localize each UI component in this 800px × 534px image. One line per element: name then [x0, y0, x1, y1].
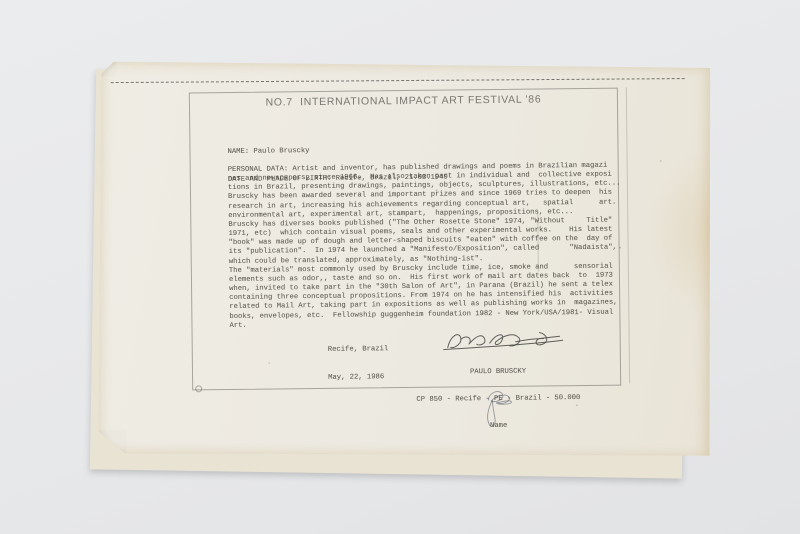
pencil-scribble [470, 385, 521, 437]
document-border: NO.7 INTERNATIONAL IMPACT ART FESTIVAL '… [189, 88, 621, 391]
typed-signature-name: PAULO BRUSCKY [408, 367, 588, 378]
place-date-block: Recife, Brazil May, 22, 1986 [328, 327, 389, 401]
pencil-scribble-icon [470, 385, 521, 432]
personal-data-paragraph: PERSONAL DATA: Artist and inventor, has … [228, 162, 622, 331]
photocopy-edge-line [111, 78, 685, 83]
photo-background: NO.7 INTERNATIONAL IMPACT ART FESTIVAL '… [0, 0, 800, 534]
paper-sheet: NO.7 INTERNATIONAL IMPACT ART FESTIVAL '… [98, 62, 712, 461]
typed-name-line: NAME: Paulo Bruscky [227, 146, 447, 158]
document-title: NO.7 INTERNATIONAL IMPACT ART FESTIVAL '… [190, 93, 617, 110]
typed-place-line: Recife, Brazil [328, 346, 388, 356]
typed-date-line: May, 22, 1986 [328, 373, 388, 383]
frame-echo-line [626, 87, 630, 383]
photocopied-content: NO.7 INTERNATIONAL IMPACT ART FESTIVAL '… [99, 61, 714, 462]
